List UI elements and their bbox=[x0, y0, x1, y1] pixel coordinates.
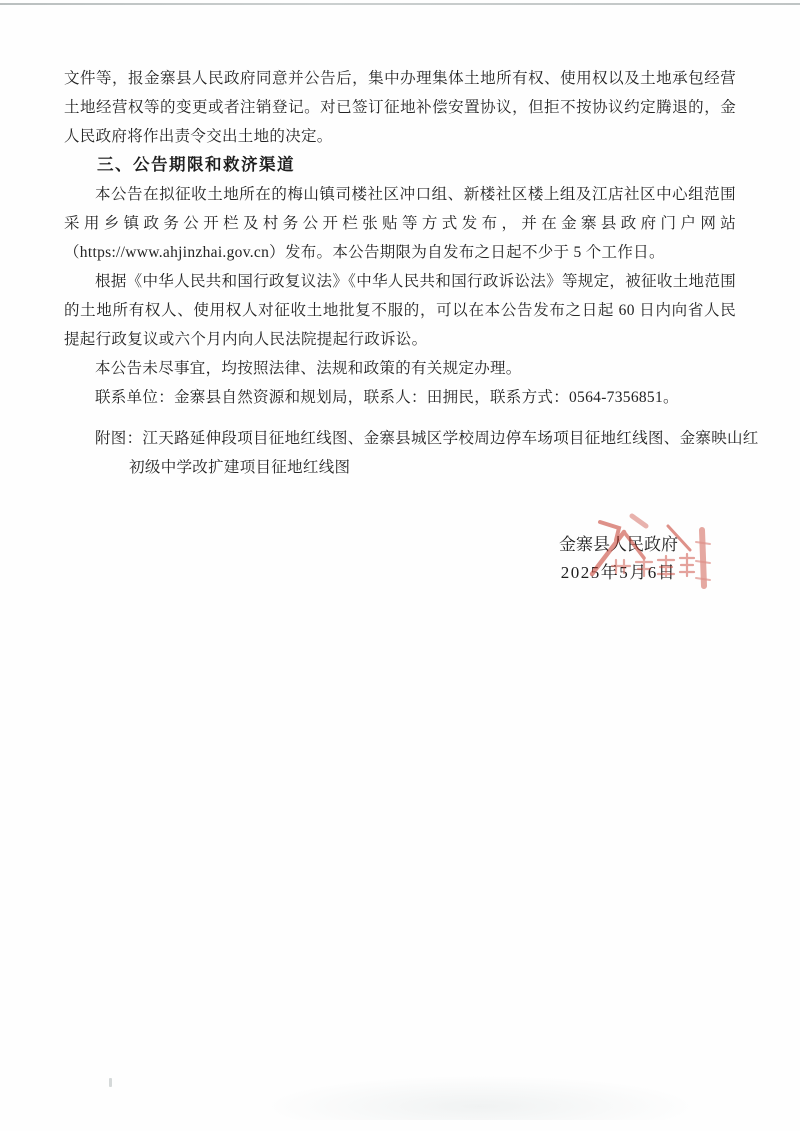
scan-speck-artifact bbox=[109, 1078, 112, 1087]
signature-block: 金寨县人民政府 2025年5月6日 bbox=[559, 531, 678, 587]
attachment-line: 初级中学改扩建项目征地红线图 bbox=[129, 453, 736, 482]
attachment-note: 附图：江天路延伸段项目征地红线图、金寨县城区学校周边停车场项目征地红线图、金寨映… bbox=[64, 424, 736, 482]
paragraph-line: 采用乡镇政务公开栏及村务公开栏张贴等方式发布，并在金寨县政府门户网站 bbox=[64, 209, 736, 238]
paragraph-line: 土地经营权等的变更或者注销登记。对已签订征地补偿安置协议，但拒不按协议约定腾退的… bbox=[64, 93, 736, 122]
contact-line: 联系单位：金寨县自然资源和规划局，联系人：田拥民，联系方式：0564-73568… bbox=[64, 383, 736, 412]
signature-date: 2025年5月6日 bbox=[559, 559, 678, 587]
paragraph-line: 提起行政复议或六个月内向人民法院提起行政诉讼。 bbox=[64, 325, 736, 354]
scanned-announcement-page: 文件等，报金寨县人民政府同意并公告后，集中办理集体土地所有权、使用权以及土地承包… bbox=[0, 0, 800, 1131]
attachment-text: 江天路延伸段项目征地红线图、金寨县城区学校周边停车场项目征地红线图、金寨映山红 bbox=[142, 430, 758, 447]
paragraph-line: 的土地所有权人、使用权人对征收土地批复不服的，可以在本公告发布之日起 60 日内… bbox=[64, 296, 736, 325]
attachment-label: 附图： bbox=[95, 430, 142, 447]
section-heading: 三、公告期限和救济渠道 bbox=[64, 151, 736, 180]
paragraph-line: 本公告在拟征收土地所在的梅山镇司楼社区冲口组、新楼社区楼上组及江店社区中心组范围… bbox=[64, 180, 736, 209]
paragraph-line: （https://www.ahjinzhai.gov.cn）发布。本公告期限为自… bbox=[64, 238, 736, 267]
signature-agency: 金寨县人民政府 bbox=[559, 531, 678, 559]
paragraph-line: 文件等，报金寨县人民政府同意并公告后，集中办理集体土地所有权、使用权以及土地承包… bbox=[64, 64, 736, 93]
scan-smudge-artifact bbox=[260, 1075, 700, 1120]
attachment-line: 附图：江天路延伸段项目征地红线图、金寨县城区学校周边停车场项目征地红线图、金寨映… bbox=[64, 424, 736, 453]
paragraph-line: 本公告未尽事宜，均按照法律、法规和政策的有关规定办理。 bbox=[64, 354, 736, 383]
scan-edge-artifact bbox=[0, 3, 800, 5]
paragraph-line: 根据《中华人民共和国行政复议法》《中华人民共和国行政诉讼法》等规定，被征收土地范… bbox=[64, 267, 736, 296]
announcement-body: 文件等，报金寨县人民政府同意并公告后，集中办理集体土地所有权、使用权以及土地承包… bbox=[64, 64, 736, 412]
paragraph-line: 人民政府将作出责令交出土地的决定。 bbox=[64, 122, 736, 151]
